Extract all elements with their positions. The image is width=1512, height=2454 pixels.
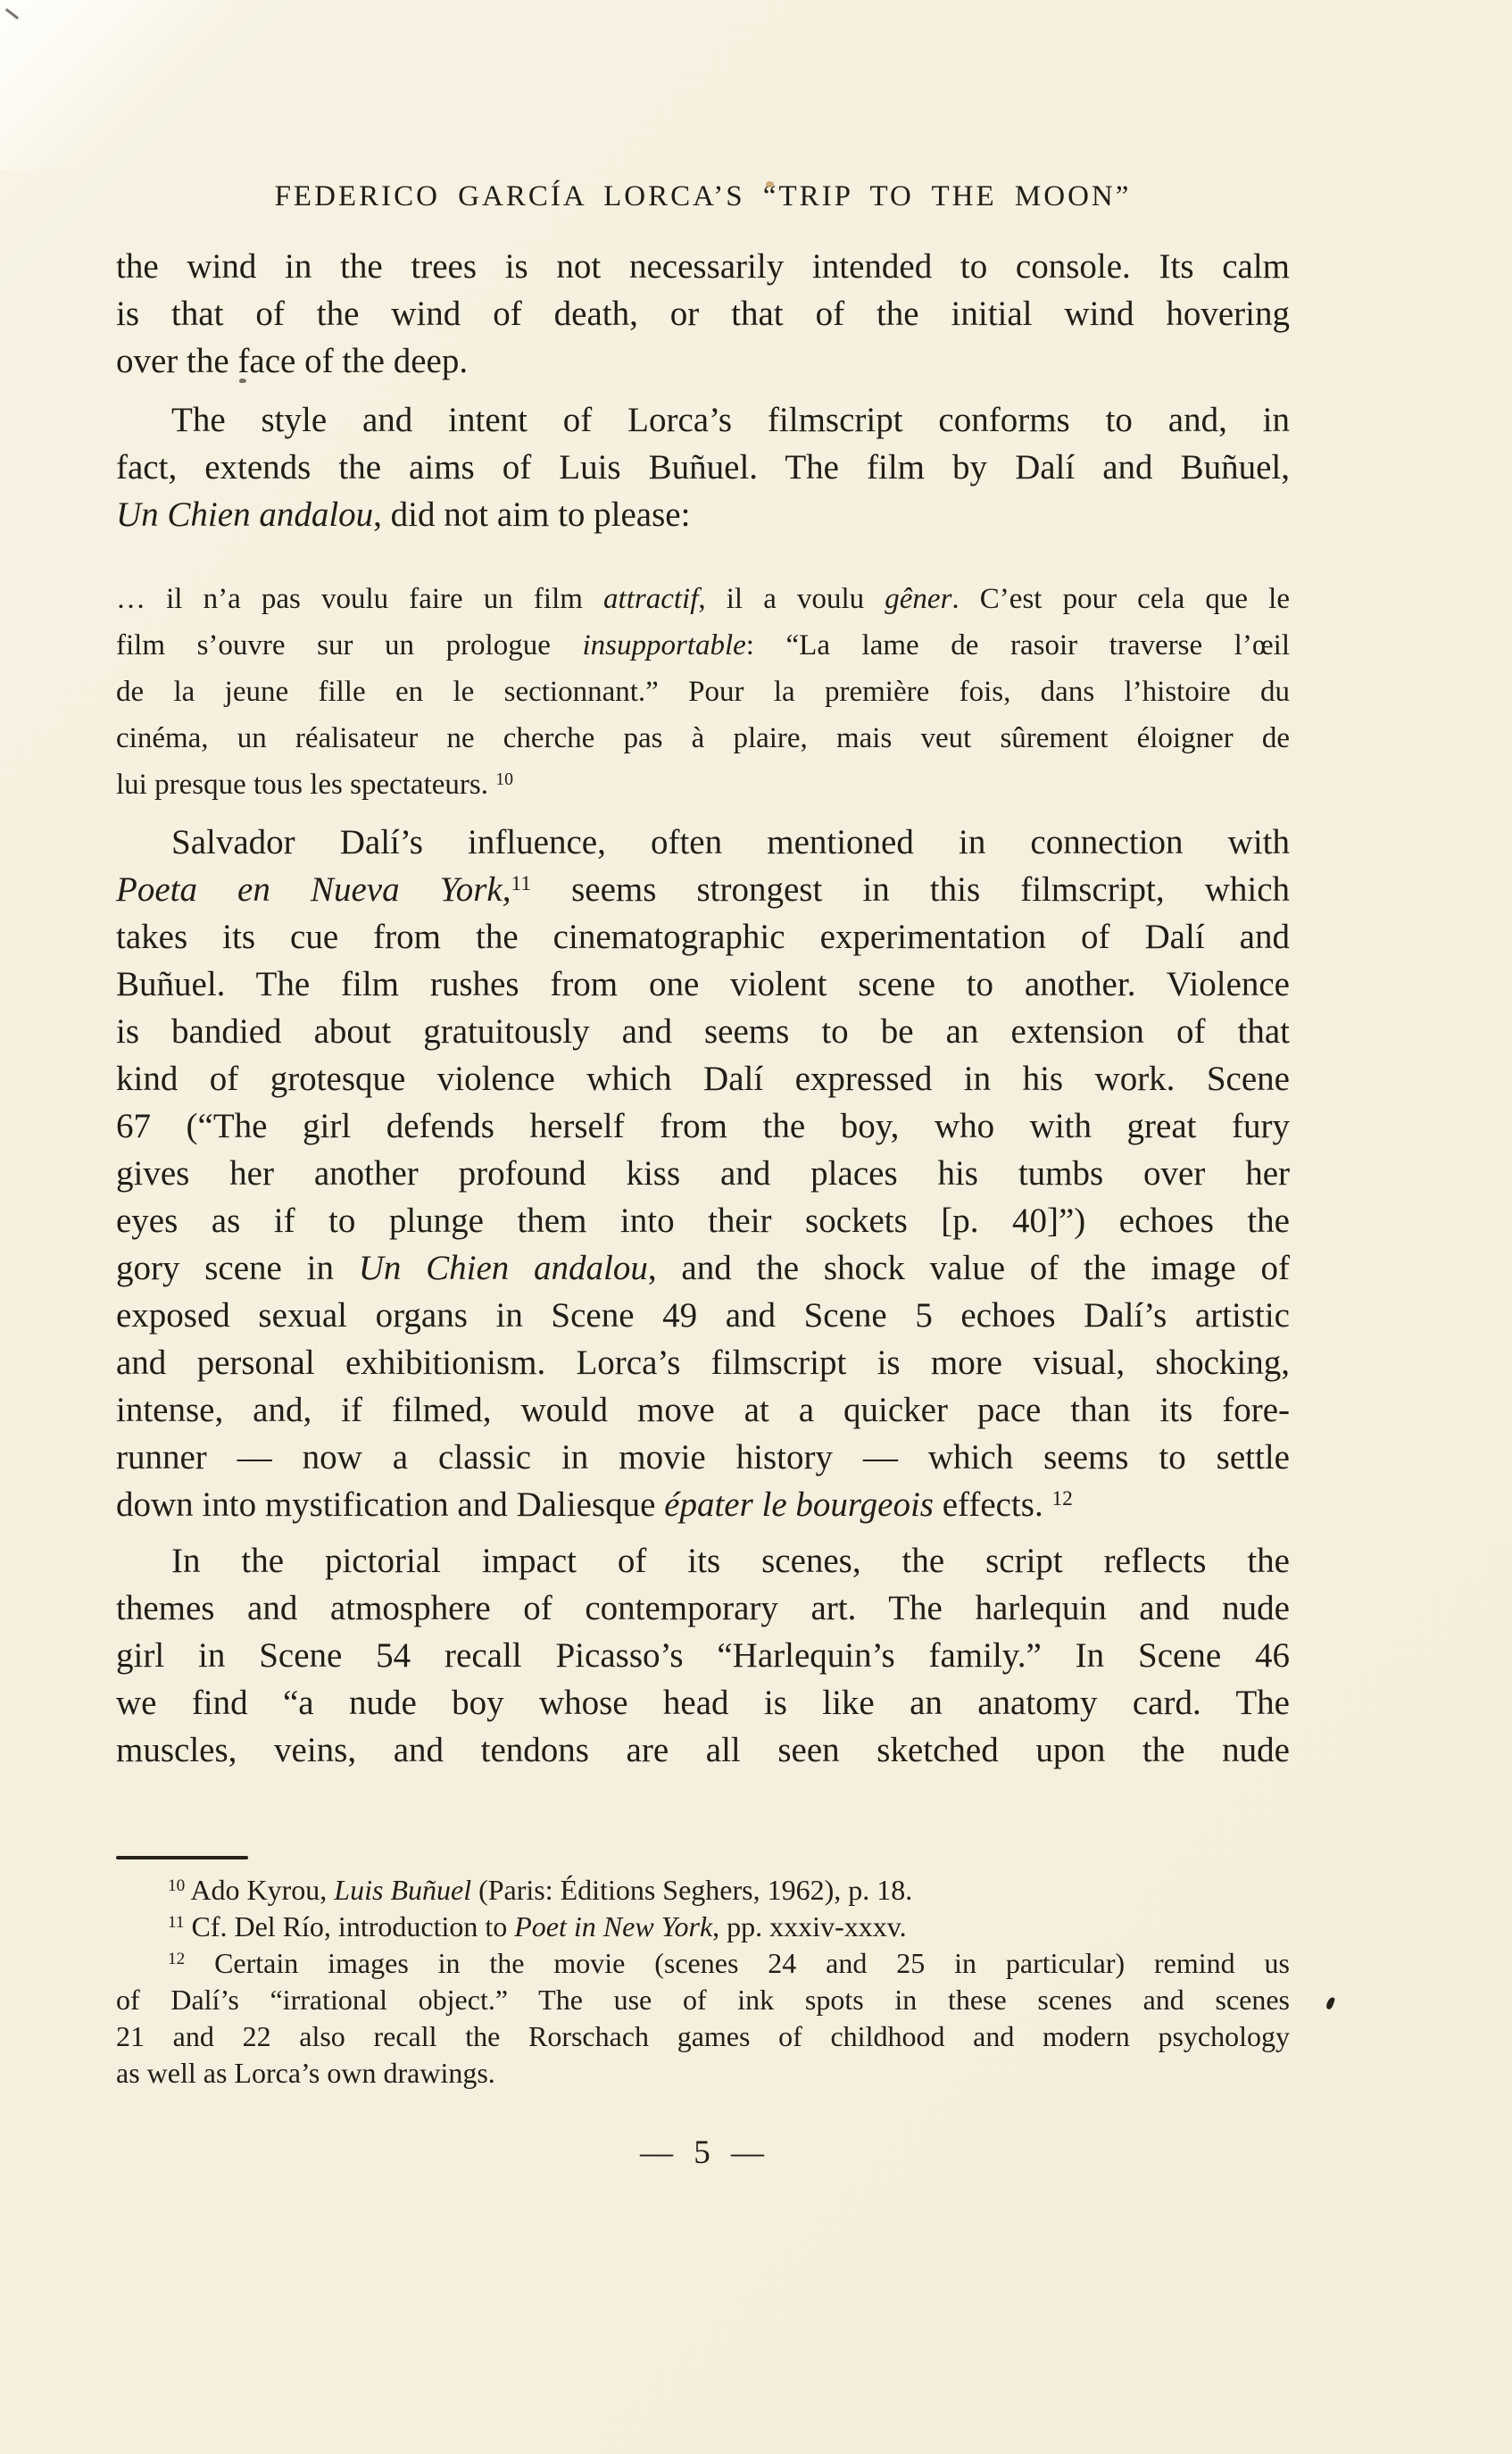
paper-scratch <box>5 8 19 20</box>
paper-mark <box>1325 1996 1335 2010</box>
paragraph-style-intent: The style and intent of Lorca’s filmscri… <box>116 396 1290 538</box>
text-line: of Dalí’s “irrational object.” The use o… <box>116 1982 1290 2018</box>
text-line: In the pictorial impact of its scenes, t… <box>116 1537 1290 1585</box>
text-line: 10 Ado Kyrou, Luis Buñuel (Paris: Éditio… <box>116 1872 1290 1909</box>
text-line: themes and atmosphere of contemporary ar… <box>116 1585 1290 1632</box>
text-line: Un Chien andalou, did not aim to please: <box>116 491 1290 538</box>
text-line: 67 (“The girl defends herself from the b… <box>116 1102 1290 1150</box>
text-line: is that of the wind of death, or that of… <box>116 290 1290 337</box>
text-line: we find “a nude boy whose head is like a… <box>116 1679 1290 1726</box>
blockquote-kyrou: … il n’a pas voulu faire un film attract… <box>116 576 1290 808</box>
footnote-10: 10 Ado Kyrou, Luis Buñuel (Paris: Éditio… <box>116 1872 1290 1909</box>
text-line: and personal exhibitionism. Lorca’s film… <box>116 1339 1290 1386</box>
text-line: runner — now a classic in movie history … <box>116 1434 1290 1481</box>
text-line: gory scene in Un Chien andalou, and the … <box>116 1244 1290 1292</box>
text-line: film s’ouvre sur un prologue insupportab… <box>116 622 1290 669</box>
scanned-page: FEDERICO GARCÍA LORCA’S “TRIP TO THE MOO… <box>0 0 1512 2454</box>
text-line: Buñuel. The film rushes from one violent… <box>116 961 1290 1008</box>
text-line: cinéma, un réalisateur ne cherche pas à … <box>116 715 1290 761</box>
text-line: takes its cue from the cinematographic e… <box>116 913 1290 961</box>
text-line: 11 Cf. Del Río, introduction to Poet in … <box>116 1909 1290 1945</box>
text-line: Poeta en Nueva York,11 seems strongest i… <box>116 866 1290 913</box>
text-line: kind of grotesque violence which Dalí ex… <box>116 1055 1290 1102</box>
footnote-12: 12 Certain images in the movie (scenes 2… <box>116 1945 1290 2092</box>
paragraph-pictorial-impact: In the pictorial impact of its scenes, t… <box>116 1537 1290 1774</box>
text-line: Salvador Dalí’s influence, often mention… <box>116 819 1290 866</box>
text-line: the wind in the trees is not necessarily… <box>116 243 1290 290</box>
text-line: girl in Scene 54 recall Picasso’s “Harle… <box>116 1632 1290 1679</box>
footnotes-section: 10 Ado Kyrou, Luis Buñuel (Paris: Éditio… <box>116 1872 1290 2092</box>
text-line: The style and intent of Lorca’s filmscri… <box>116 396 1290 444</box>
text-line: eyes as if to plunge them into their soc… <box>116 1197 1290 1244</box>
text-line: … il n’a pas voulu faire un film attract… <box>116 576 1290 622</box>
text-line: 21 and 22 also recall the Rorschach game… <box>116 2018 1290 2055</box>
text-line: is bandied about gratuitously and seems … <box>116 1008 1290 1055</box>
text-line: intense, and, if filmed, would move at a… <box>116 1386 1290 1434</box>
text-line: muscles, veins, and tendons are all seen… <box>116 1726 1290 1774</box>
footnote-rule <box>116 1856 248 1859</box>
paragraph-wind: the wind in the trees is not necessarily… <box>116 243 1290 385</box>
text-line: exposed sexual organs in Scene 49 and Sc… <box>116 1292 1290 1339</box>
text-line: lui presque tous les spectateurs. 10 <box>116 761 1290 808</box>
text-line: gives her another profound kiss and plac… <box>116 1150 1290 1197</box>
text-line: 12 Certain images in the movie (scenes 2… <box>116 1945 1290 1982</box>
text-line: over the face of the deep. <box>116 337 1290 385</box>
text-column: 10 Ado Kyrou, Luis Buñuel (Paris: Éditio… <box>116 0 1290 2454</box>
page-number: — 5 — <box>116 2134 1290 2172</box>
footnote-11: 11 Cf. Del Río, introduction to Poet in … <box>116 1909 1290 1945</box>
text-line: as well as Lorca’s own drawings. <box>116 2055 1290 2092</box>
text-line: down into mystification and Daliesque ép… <box>116 1481 1290 1528</box>
text-line: fact, extends the aims of Luis Buñuel. T… <box>116 444 1290 491</box>
text-line: de la jeune fille en le sectionnant.” Po… <box>116 669 1290 715</box>
paragraph-dali-influence: Salvador Dalí’s influence, often mention… <box>116 819 1290 1528</box>
